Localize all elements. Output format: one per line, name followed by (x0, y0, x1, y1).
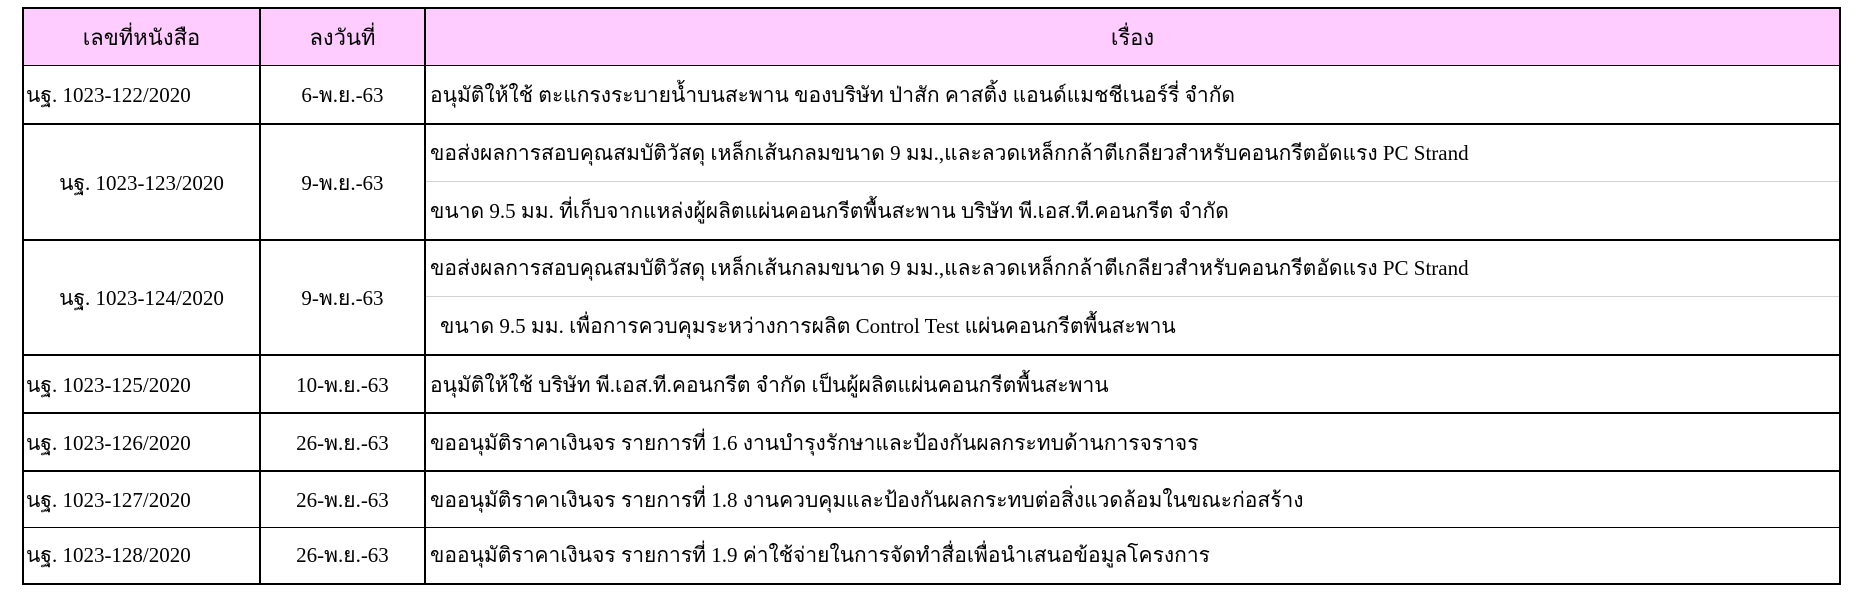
date-cell: 26-พ.ย.-63 (261, 414, 426, 472)
date-cell: 6-พ.ย.-63 (261, 66, 426, 125)
subject-line-1: ขอส่งผลการสอบคุณสมบัติวัสดุ เหล็กเส้นกลม… (426, 241, 1839, 296)
doc-no-cell: นฐ. 1023-128/2020 (24, 528, 261, 583)
table-row: นฐ. 1023-125/2020 10-พ.ย.-63 อนุมัติให้ใ… (24, 354, 1839, 414)
doc-no-cell: นฐ. 1023-122/2020 (24, 66, 261, 125)
table-row: นฐ. 1023-126/2020 26-พ.ย.-63 ขออนุมัติรา… (24, 412, 1839, 472)
table-header: เลขที่หนังสือ ลงวันที่ เรื่อง (24, 9, 1839, 66)
table-row: นฐ. 1023-124/2020 9-พ.ย.-63 ขอส่งผลการสอ… (24, 239, 1839, 356)
subject-line-2: ขนาด 9.5 มม. ที่เก็บจากแหล่งผู้ผลิตแผ่นค… (426, 181, 1839, 241)
table-row: นฐ. 1023-123/2020 9-พ.ย.-63 ขอส่งผลการสอ… (24, 123, 1839, 241)
header-subject: เรื่อง (426, 9, 1839, 65)
subject-cell: ขออนุมัติราคาเงินจร รายการที่ 1.9 ค่าใช้… (426, 528, 1839, 583)
date-cell: 9-พ.ย.-63 (261, 241, 426, 356)
header-doc-no: เลขที่หนังสือ (24, 9, 261, 65)
subject-cell: ขออนุมัติราคาเงินจร รายการที่ 1.6 งานบำร… (426, 414, 1839, 472)
document-table: เลขที่หนังสือ ลงวันที่ เรื่อง นฐ. 1023-1… (22, 7, 1841, 585)
subject-line-1: ขอส่งผลการสอบคุณสมบัติวัสดุ เหล็กเส้นกลม… (426, 125, 1839, 181)
doc-no-cell: นฐ. 1023-125/2020 (24, 356, 261, 414)
table-row: นฐ. 1023-122/2020 6-พ.ย.-63 อนุมัติให้ใช… (24, 66, 1839, 125)
subject-cell: อนุมัติให้ใช้ บริษัท พี.เอส.ที.คอนกรีต จ… (426, 356, 1839, 414)
table-row: นฐ. 1023-127/2020 26-พ.ย.-63 ขออนุมัติรา… (24, 470, 1839, 529)
date-cell: 26-พ.ย.-63 (261, 472, 426, 529)
subject-cell: ขออนุมัติราคาเงินจร รายการที่ 1.8 งานควบ… (426, 472, 1839, 529)
doc-no-cell: นฐ. 1023-123/2020 (24, 125, 261, 241)
date-cell: 10-พ.ย.-63 (261, 356, 426, 414)
subject-line-2: ขนาด 9.5 มม. เพื่อการควบคุมระหว่างการผลิ… (426, 296, 1839, 356)
date-cell: 26-พ.ย.-63 (261, 528, 426, 583)
date-cell: 9-พ.ย.-63 (261, 125, 426, 241)
doc-no-cell: นฐ. 1023-124/2020 (24, 241, 261, 356)
subject-cell: อนุมัติให้ใช้ ตะแกรงระบายน้ำบนสะพาน ของบ… (426, 66, 1839, 125)
table-row: นฐ. 1023-128/2020 26-พ.ย.-63 ขออนุมัติรา… (24, 527, 1839, 583)
header-date: ลงวันที่ (261, 9, 426, 65)
doc-no-cell: นฐ. 1023-126/2020 (24, 414, 261, 472)
doc-no-cell: นฐ. 1023-127/2020 (24, 472, 261, 529)
